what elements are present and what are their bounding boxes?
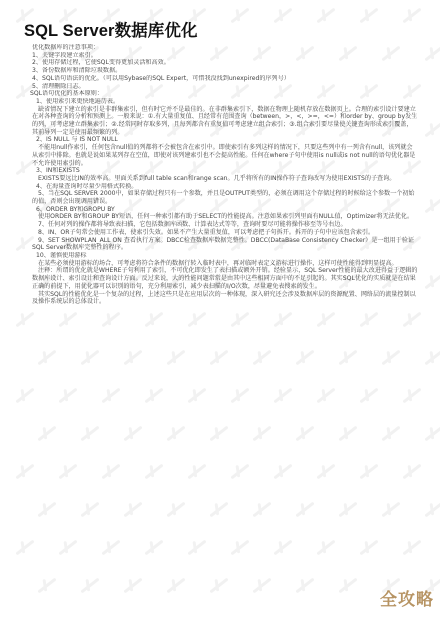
closing-paragraph: 其实SQL的性能优化是一个复杂的过程，上述这些只是在应用层次的一种体现，深入研究… bbox=[26, 291, 418, 306]
note-item: 3、备份数据库和清除垃圾数据。 bbox=[32, 67, 418, 75]
document-page: SQL Server数据库优化 优化数据库的注意事项： 1、关键字段建立索引。 … bbox=[0, 0, 440, 620]
principle-heading: 5、当在SQL SERVER 2000中，如果存储过程只有一个参数，并且是OUT… bbox=[26, 190, 418, 205]
note-item: 1、关键字段建立索引。 bbox=[32, 52, 418, 60]
note-paragraph: 注释：所谓的优化就是WHERE子句利用了索引，不可优化即发生了表扫描或额外开销。… bbox=[26, 267, 418, 290]
note-item: 4、SQL语句语法的优化。（可以用Sybase的SQL Expert，可惜我没找… bbox=[32, 75, 418, 83]
document-title: SQL Server数据库优化 bbox=[24, 17, 198, 41]
principle-body: EXISTS要远比IN的效率高。里面关系到full table scan和ran… bbox=[26, 175, 418, 183]
principle-body: 缺省情况下建立的索引是非群集索引，但有时它并不是最佳的。在非群集索引下，数据在物… bbox=[26, 106, 418, 137]
principle-heading: 3、IN和EXISTS bbox=[32, 167, 418, 175]
principle-heading: 10、谨慎使用游标 bbox=[32, 252, 418, 260]
note-item: 5、清理删除日志。 bbox=[32, 83, 418, 91]
principle-heading: 9、SET SHOWPLAN_ALL ON 查看执行方案。DBCC检查数据库数据… bbox=[26, 237, 418, 252]
principle-body: 不能用null作索引，任何包含null值的列都将不会被包含在索引中。即使索引有多… bbox=[26, 144, 418, 167]
notes-heading: 优化数据库的注意事项： bbox=[32, 44, 418, 52]
principle-heading: 2、IS NULL 与 IS NOT NULL bbox=[32, 136, 418, 144]
principle-heading: 1、使用索引来更快地遍历表。 bbox=[32, 98, 418, 106]
document-body: 优化数据库的注意事项： 1、关键字段建立索引。 2、使用存储过程，它使SQL变得… bbox=[32, 44, 418, 306]
principle-heading: 7、任何对列的操作都将导致表扫描，它包括数据库函数、计算表达式等等，查询时要尽可… bbox=[26, 221, 418, 229]
brand-watermark-logo: 全攻略 bbox=[380, 585, 434, 610]
note-item: 2、使用存储过程，它使SQL变得更加灵活和高效。 bbox=[32, 59, 418, 67]
principles-heading: SQL语句优化的基本原则： bbox=[30, 90, 418, 98]
principle-heading: 8、IN、OR子句常会使用工作表，使索引失效。如果不产生大量重复值，可以考虑把子… bbox=[26, 229, 418, 237]
